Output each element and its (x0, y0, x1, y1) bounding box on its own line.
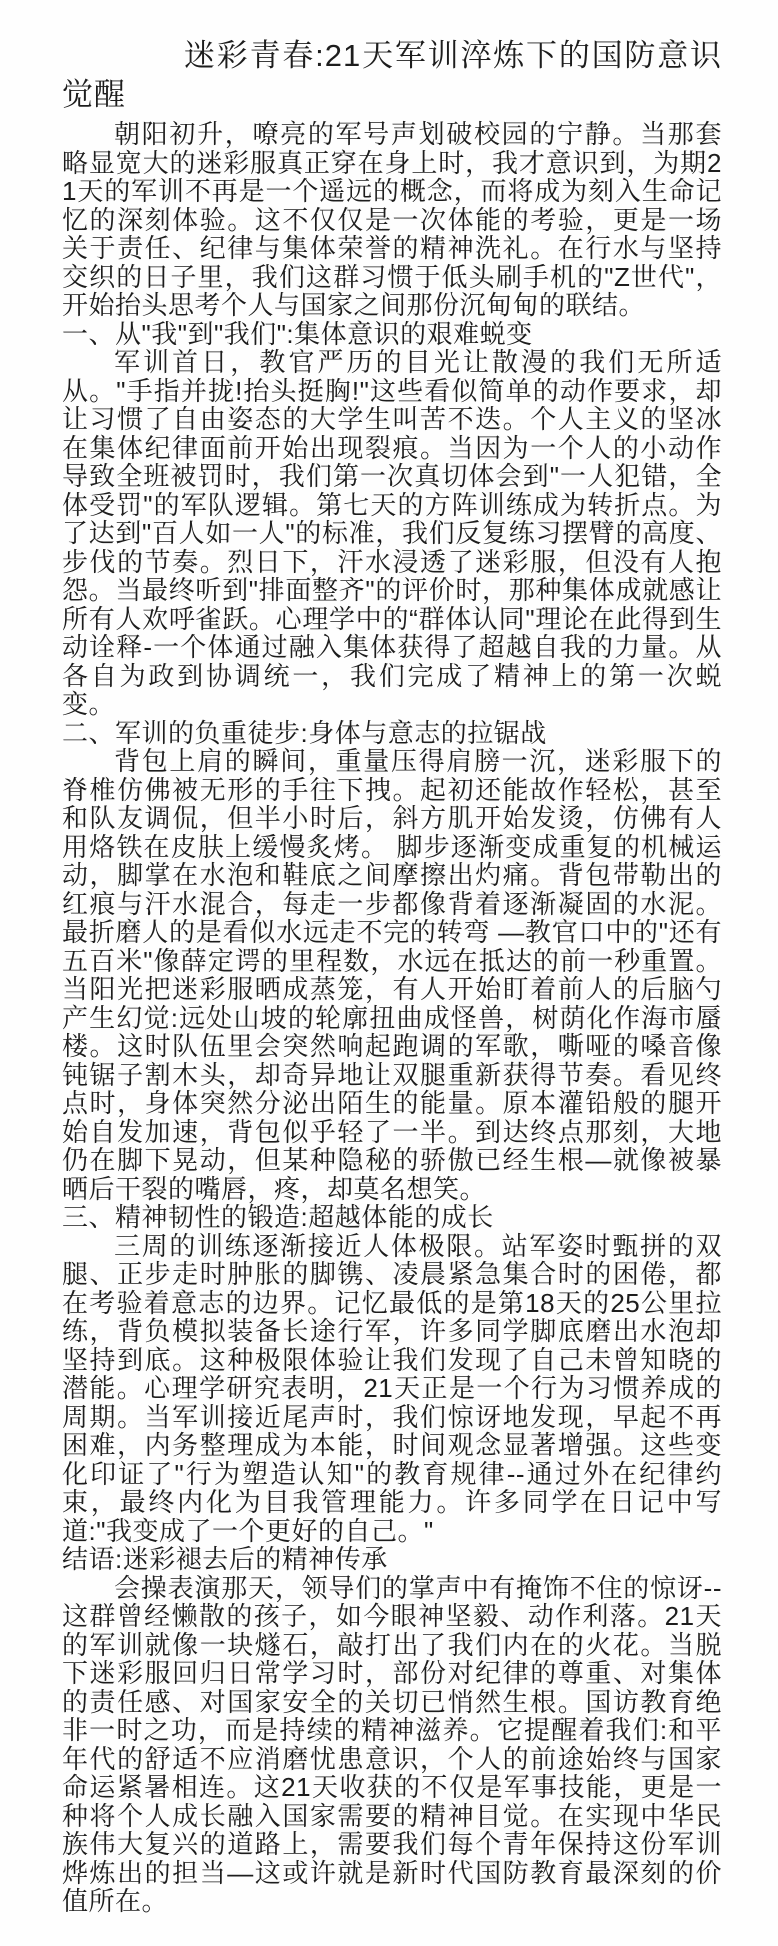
section-paragraph-conclusion: 会操表演那天，领导们的掌声中有掩饰不住的惊讶--这群曾经懒散的孩子，如今眼神坚毅… (62, 1574, 722, 1916)
section-heading-march: 二、军训的负重徒步:身体与意志的拉锯战 (62, 719, 722, 748)
page-title: 迷彩青春:21天军训淬炼下的国防意识觉醒 (62, 36, 722, 114)
intro-paragraph: 朝阳初升，嘹亮的军号声划破校园的宁静。当那套略显宽大的迷彩服真正穿在身上时，我才… (62, 120, 722, 320)
section-heading-resilience: 三、精神韧性的锻造:超越体能的成长 (62, 1203, 722, 1232)
section-heading-conclusion: 结语:迷彩褪去后的精神传承 (62, 1545, 722, 1574)
section-paragraph-resilience: 三周的训练逐渐接近人体极限。站军姿时甄拼的双腿、正步走时肿胀的脚镌、凌晨紧急集合… (62, 1232, 722, 1546)
section-paragraph-march: 背包上肩的瞬间，重量压得肩膀一沉，迷彩服下的脊椎仿佛被无形的手往下拽。起初还能故… (62, 747, 722, 1203)
document-page: 迷彩青春:21天军训淬炼下的国防意识觉醒 朝阳初升，嘹亮的军号声划破校园的宁静。… (0, 0, 778, 1946)
section-heading-collective: 一、从"我"到"我们":集体意识的艰难蜕变 (62, 320, 722, 349)
section-paragraph-collective: 军训首日，教官严历的目光让散漫的我们无所适从。"手指并拢!抬头挺胸!"这些看似简… (62, 348, 722, 719)
